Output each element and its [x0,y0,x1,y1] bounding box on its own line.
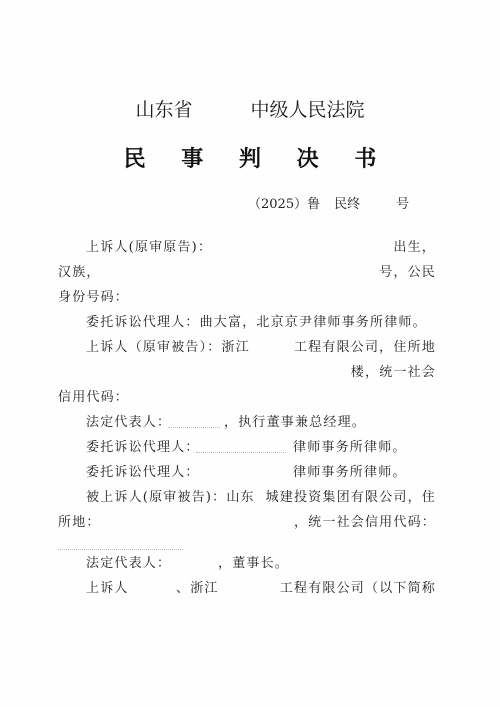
appellant-ethnicity-line: 汉族， 号，公民 [58,264,436,282]
appellant2-address-line: 楼，统一社会 [58,364,436,382]
appellee-line: 被上诉人(原审被告)：山东 城建投资集团有限公司，住 [58,489,436,507]
redacted-code [58,539,183,550]
title-char: 决 [297,142,319,173]
title-char: 民 [124,142,146,173]
appellant2-line: 上诉人（原审被告）：浙江 工程有限公司，住所地 [58,339,436,357]
summary-line: 上诉人 、浙江 工程有限公司（以下简称 [58,580,436,598]
appellee-address-line: 所地： ，统一社会信用代码： [58,514,436,532]
appellee-legal-rep-line: 法定代表人： ，董事长。 [58,555,436,573]
judgment-page: 山东省中级人民法院 民 事 判 决 书 （2025）鲁民终号 上诉人(原审原告)… [0,0,500,707]
agent3-line: 委托诉讼代理人： 律师事务所律师。 [58,464,436,482]
agent-line: 委托诉讼代理人：曲大富，北京京尹律师事务所律师。 [58,314,436,332]
redacted-name [168,417,220,428]
document-title: 民 事 判 决 书 [0,142,500,173]
case-number: （2025）鲁民终号 [248,193,409,212]
appellant-id-line: 身份号码： [58,289,436,307]
court-suffix: 中级人民法院 [251,99,365,121]
court-prefix: 山东省 [135,99,192,121]
legal-rep-line: 法定代表人： ，执行董事兼总经理。 [58,414,436,432]
title-char: 书 [354,142,376,173]
redacted-name [196,442,286,453]
appellant-line: 上诉人(原审原告)： 出生， [58,239,436,257]
credit-code-line: 信用代码： [58,389,436,407]
agent2-line: 委托诉讼代理人： 律师事务所律师。 [58,439,436,457]
title-char: 事 [181,142,203,173]
title-char: 判 [239,142,261,173]
court-name: 山东省中级人民法院 [0,95,500,122]
redacted-credit-code-line [58,536,436,554]
